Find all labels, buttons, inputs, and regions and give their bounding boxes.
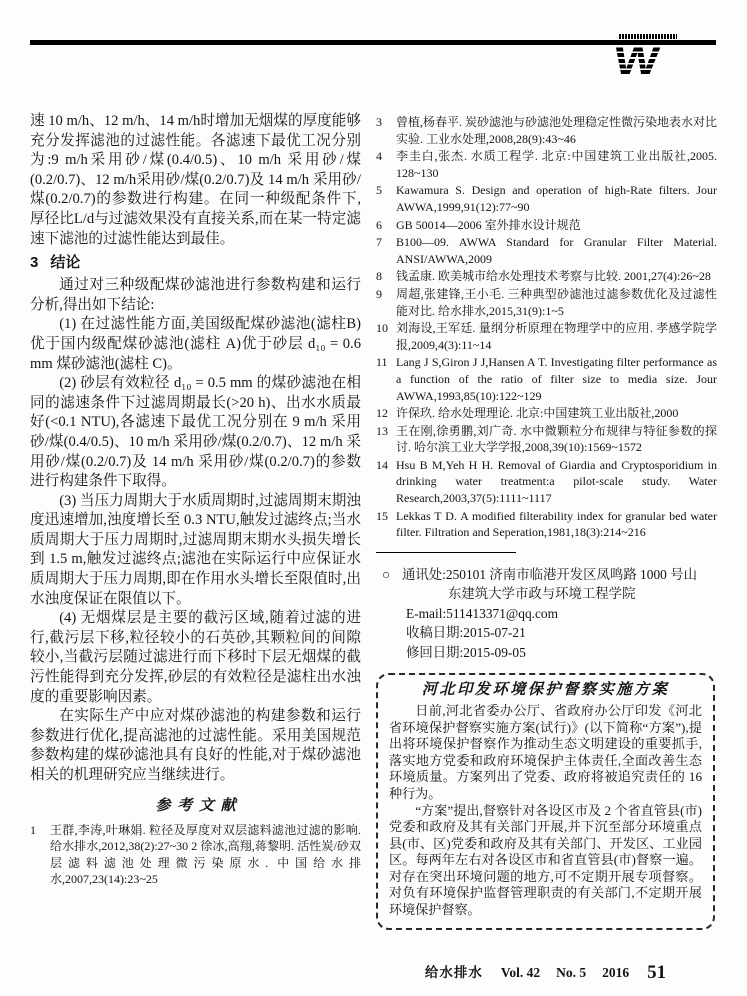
header-rule — [30, 40, 716, 45]
reference-number: 9 — [376, 286, 396, 319]
reference-text: 刘海设,王军廷. 量纲分析原理在物理学中的应用. 孝感学院学报,2009,4(3… — [396, 320, 717, 353]
reference-text: 李圭白,张杰. 水质工程学. 北京:中国建筑工业出版社,2005. 128~13… — [396, 148, 717, 181]
reference-text: B100—09. AWWA Standard for Granular Filt… — [396, 234, 717, 267]
reference-number: 12 — [376, 405, 396, 422]
reference-number: 1 — [30, 822, 50, 888]
reference-number: 11 — [376, 354, 396, 404]
reference-item: 6 GB 50014—2006 室外排水设计规范 — [376, 217, 717, 234]
section-heading-conclusion: 3结论 — [30, 252, 361, 274]
footer-journal-name: 给水排水 — [425, 965, 483, 980]
reference-item: 13 王在刚,徐勇鹏,刘广奇. 水中微颗粒分布规律与特征参数的探讨. 哈尔滨工业… — [376, 423, 717, 456]
reference-number: 3 — [376, 114, 396, 147]
footer-year: 2016 — [602, 965, 629, 980]
journal-page: W 速 10 m/h、12 m/h、14 m/h时增加无烟煤的厚度能够充分发挥滤… — [0, 0, 747, 996]
reference-number: 6 — [376, 217, 396, 234]
reference-number: 13 — [376, 423, 396, 456]
news-announcement-box: 河北印发环境保护督察实施方案 日前,河北省委办公厅、省政府办公厅印发《河北省环境… — [376, 673, 715, 929]
reference-number: 10 — [376, 320, 396, 353]
reference-text: 王群,李涛,叶琳娟. 粒径及厚度对双层滤料滤池过滤的影响. 给水排水,2012,… — [50, 822, 361, 888]
paragraph-continuation: 速 10 m/h、12 m/h、14 m/h时增加无烟煤的厚度能够充分发挥滤池的… — [30, 112, 361, 249]
reference-item: 4 李圭白,张杰. 水质工程学. 北京:中国建筑工业出版社,2005. 128~… — [376, 148, 717, 181]
left-column: 速 10 m/h、12 m/h、14 m/h时增加无烟煤的厚度能够充分发挥滤池的… — [30, 112, 361, 930]
section-number: 3 — [30, 254, 38, 271]
news-paragraph-1: 日前,河北省委办公厅、省政府办公厅印发《河北省环境保护督察实施方案(试行)》(以… — [389, 703, 702, 803]
reference-text: Lekkas T D. A modified filterability ind… — [396, 508, 717, 541]
reference-text: Lang J S,Giron J J,Hansen A T. Investiga… — [396, 354, 717, 404]
reference-item: 9 周超,张建锋,王小毛. 三种典型砂滤池过滤参数优化及过滤性能对比. 给水排水… — [376, 286, 717, 319]
conclusion-closing-paragraph: 在实际生产中应对煤砂滤池的构建参数和运行参数进行优化,提高滤池的过滤性能。采用美… — [30, 707, 361, 785]
reference-text: 王在刚,徐勇鹏,刘广奇. 水中微颗粒分布规律与特征参数的探讨. 哈尔滨工业大学学… — [396, 423, 717, 456]
reference-item: 15 Lekkas T D. A modified filterability … — [376, 508, 717, 541]
reference-item: 10 刘海设,王军廷. 量纲分析原理在物理学中的应用. 孝感学院学报,2009,… — [376, 320, 717, 353]
reference-text: 曾植,杨春平. 炭砂滤池与砂滤池处理稳定性微污染地表水对比实验. 工业水处理,2… — [396, 114, 717, 147]
contact-revised-date: 修回日期:2015-09-05 — [406, 643, 717, 663]
reference-text: GB 50014—2006 室外排水设计规范 — [396, 217, 717, 234]
footer-page-number: 51 — [647, 962, 666, 983]
reference-number: 5 — [376, 182, 396, 215]
footer-volume: Vol. 42 — [501, 965, 540, 980]
w-logo-letter: W — [616, 42, 682, 82]
reference-item: 8 钱孟康. 欧美城市给水处理技术考察与比较. 2001,27(4):26~28 — [376, 268, 717, 285]
reference-item: 12 许保玖. 给水处理理论. 北京:中国建筑工业出版社,2000 — [376, 405, 717, 422]
conclusion-point-4: (4) 无烟煤层是主要的截污区域,随着过滤的进行,截污层下移,粒径较小的石英砂,… — [30, 609, 361, 707]
header-micro-text — [619, 34, 677, 39]
right-column: 3 曾植,杨春平. 炭砂滤池与砂滤池处理稳定性微污染地表水对比实验. 工业水处理… — [376, 112, 717, 930]
conclusion-point-2: (2) 砂层有效粒径 d₁₀ = 0.5 mm 的煤砂滤池在相同的滤速条件下过滤… — [30, 374, 361, 492]
reference-number: 4 — [376, 148, 396, 181]
references-heading: 参考文献 — [30, 794, 361, 815]
reference-text: Kawamura S. Design and operation of high… — [396, 182, 717, 215]
contact-address-line1: 通讯处:250101 济南市临港开发区凤鸣路 1000 号山 — [402, 565, 697, 585]
conclusion-paragraph: 通过对三种级配煤砂滤池进行参数构建和运行分析,得出如下结论: — [30, 276, 361, 315]
contact-received-date: 收稿日期:2015-07-21 — [406, 623, 717, 643]
reference-number: 8 — [376, 268, 396, 285]
contact-address-line2: 东建筑大学市政与环境工程学院 — [448, 584, 717, 604]
references-list-left: 1 王群,李涛,叶琳娟. 粒径及厚度对双层滤料滤池过滤的影响. 给水排水,201… — [30, 822, 361, 888]
reference-item: 3 曾植,杨春平. 炭砂滤池与砂滤池处理稳定性微污染地表水对比实验. 工业水处理… — [376, 114, 717, 147]
page-columns: 速 10 m/h、12 m/h、14 m/h时增加无烟煤的厚度能够充分发挥滤池的… — [30, 112, 717, 930]
reference-number: 14 — [376, 457, 396, 507]
conclusion-point-1: (1) 在过滤性能方面,美国级配煤砂滤池(滤柱B)优于国内级配煤砂滤池(滤柱 A… — [30, 315, 361, 374]
reference-text: 许保玖. 给水处理理论. 北京:中国建筑工业出版社,2000 — [396, 405, 717, 422]
page-footer: 给水排水 Vol. 42 No. 5 2016 51 — [374, 961, 717, 984]
reference-number: 15 — [376, 508, 396, 541]
reference-item: 7 B100—09. AWWA Standard for Granular Fi… — [376, 234, 717, 267]
footer-issue: No. 5 — [556, 965, 586, 980]
news-paragraph-2: “方案”提出,督察针对各设区市及 2 个省直管县(市)党委和政府及其有关部门开展… — [389, 803, 702, 919]
news-title: 河北印发环境保护督察实施方案 — [389, 682, 702, 699]
journal-logo: W — [616, 42, 682, 88]
reference-number: 7 — [376, 234, 396, 267]
section-title: 结论 — [50, 254, 80, 271]
reference-item: 14 Hsu B M,Yeh H H. Removal of Giardia a… — [376, 457, 717, 507]
reference-item: 5 Kawamura S. Design and operation of hi… — [376, 182, 717, 215]
reference-item: 1 王群,李涛,叶琳娟. 粒径及厚度对双层滤料滤池过滤的影响. 给水排水,201… — [30, 822, 361, 888]
reference-text: 周超,张建锋,王小毛. 三种典型砂滤池过滤参数优化及过滤性能对比. 给水排水,2… — [396, 286, 717, 319]
contact-divider-rule — [376, 552, 516, 553]
contact-email: E-mail:511413371@qq.com — [406, 604, 717, 624]
reference-text: Hsu B M,Yeh H H. Removal of Giardia and … — [396, 457, 717, 507]
reference-item: 11 Lang J S,Giron J J,Hansen A T. Invest… — [376, 354, 717, 404]
reference-text: 钱孟康. 欧美城市给水处理技术考察与比较. 2001,27(4):26~28 — [396, 268, 717, 285]
conclusion-point-3: (3) 当压力周期大于水质周期时,过滤周期末期浊度迅速增加,浊度增长至 0.3 … — [30, 492, 361, 610]
references-list-right: 3 曾植,杨春平. 炭砂滤池与砂滤池处理稳定性微污染地表水对比实验. 工业水处理… — [376, 112, 717, 541]
correspondence-block: ○ 通讯处:250101 济南市临港开发区凤鸣路 1000 号山 东建筑大学市政… — [376, 565, 717, 663]
bullet-circle-icon: ○ — [376, 565, 402, 585]
